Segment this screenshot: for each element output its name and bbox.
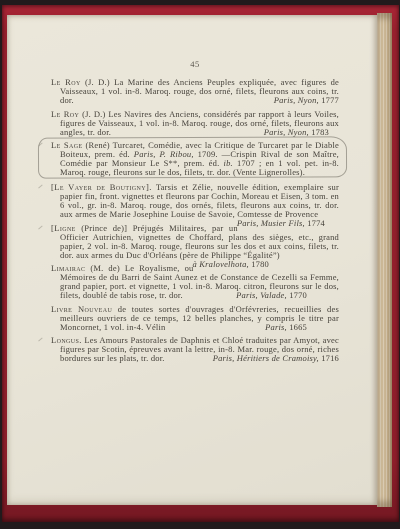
entry-imprint: Paris, 1665 [266, 323, 307, 332]
imprint-year: 1783 [311, 127, 329, 137]
catalog-entry-limairac: Limairac (M. de) Le Royalisme, ou Mémoir… [51, 264, 339, 300]
book-page: 45 Le Roy (J. D.) La Marine des Anciens … [7, 15, 377, 505]
page-block-edge [377, 13, 392, 507]
catalog-entry-le-roy-navires: Le Roy (J. D.) Les Navires des Anciens, … [51, 110, 339, 137]
entry-imprint: Paris, Nyon, 1783 [265, 128, 329, 137]
pencil-mark [38, 143, 43, 147]
imprint-place: Paris, Nyon, [274, 95, 319, 105]
penciled-entry-group: Le Sage (René) Turcaret, Comédie, avec l… [51, 141, 339, 177]
entry-imprint: Paris, Héritiers de Cramoisy, 1716 [214, 354, 339, 363]
imprint-year: 1777 [321, 95, 339, 105]
pencil-mark [38, 185, 43, 189]
imprint-place: Paris, Héritiers de Cramoisy, [213, 353, 319, 363]
pencil-mark [38, 225, 43, 229]
catalog-entry-ligne: [Ligne (Prince de)] Préjugés Militaires,… [51, 224, 339, 260]
page-number: 45 [51, 60, 339, 69]
entry-imprint: Paris, Nyon, 1777 [275, 96, 339, 105]
imprint-year: 1770 [289, 290, 307, 300]
catalog-text-block: 45 Le Roy (J. D.) La Marine des Anciens … [7, 15, 339, 363]
catalog-entry-le-vayer: [Le Vayer de Boutigny]. Tarsis et Zélie,… [51, 183, 339, 219]
imprint-place: Paris, Valade, [236, 290, 287, 300]
catalog-entry-le-sage: Le Sage (René) Turcaret, Comédie, avec l… [51, 141, 339, 177]
imprint-place: Paris, Nyon, [264, 127, 309, 137]
catalog-entry-le-roy-marine: Le Roy (J. D.) La Marine des Anciens Peu… [51, 78, 339, 105]
imprint-place: Paris, [265, 322, 287, 332]
imprint-year: 1716 [321, 353, 339, 363]
catalog-entry-livre-nouveau: Livre Nouveau de toutes sortes d'ouvrage… [51, 305, 339, 332]
pencil-mark [38, 338, 43, 342]
entry-imprint: Paris, Valade, 1770 [237, 291, 307, 300]
imprint-year: 1665 [289, 322, 307, 332]
catalog-entry-longus: Longus. Les Amours Pastorales de Daphnis… [51, 336, 339, 363]
entry-body: (Prince de)] Préjugés Militaires, par un… [60, 223, 339, 260]
